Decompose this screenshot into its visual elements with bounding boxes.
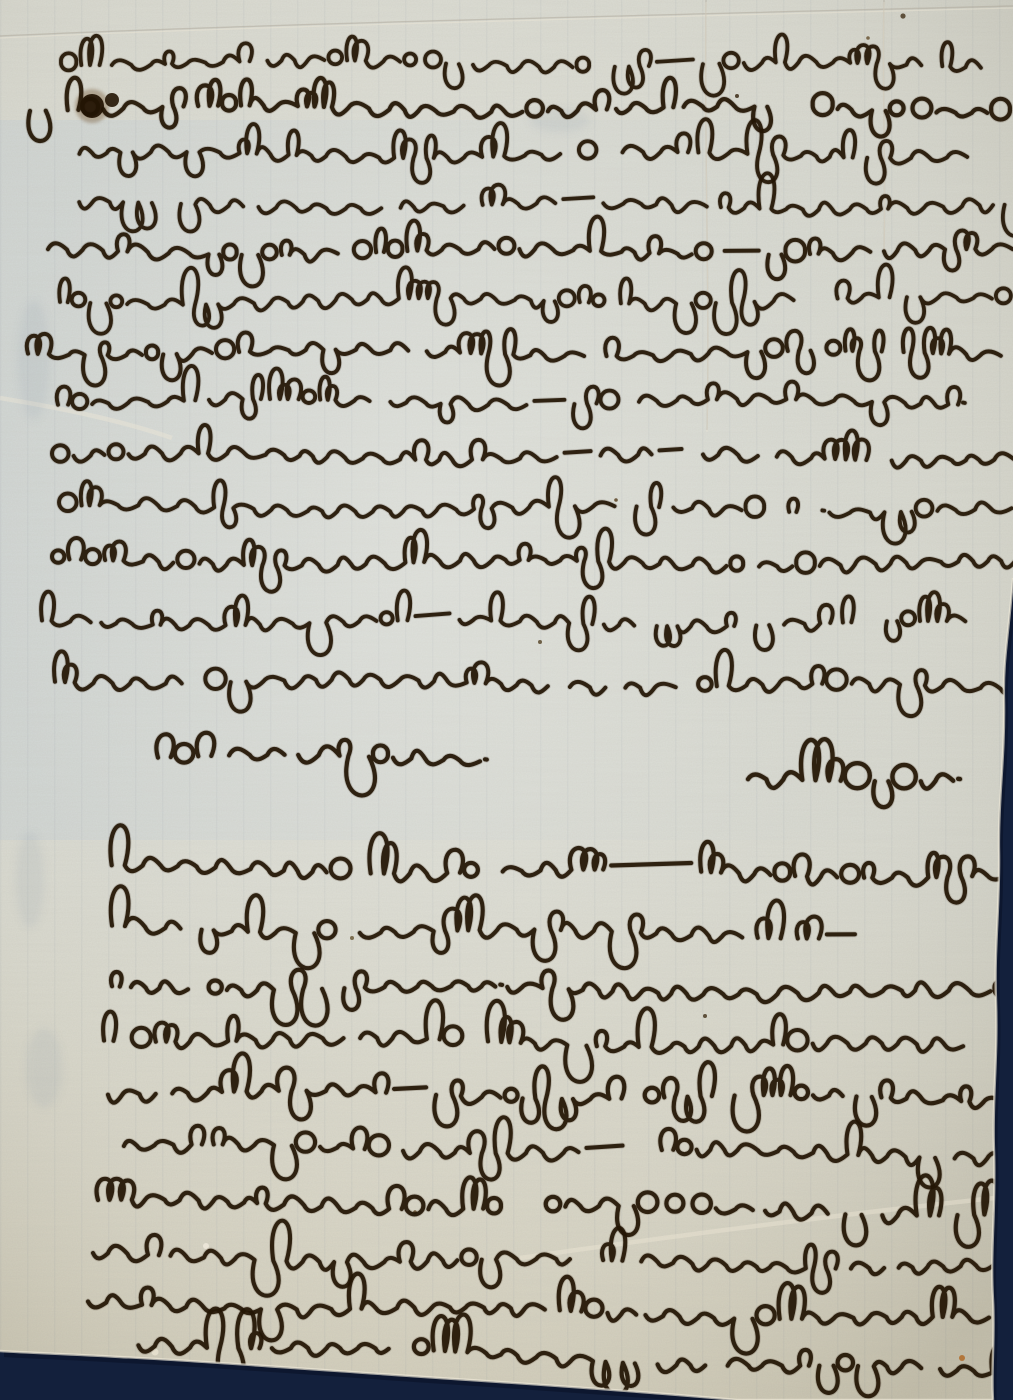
foxing-speck	[203, 1243, 209, 1249]
photo-canvas	[0, 0, 1013, 1400]
foxing-speck	[735, 94, 739, 98]
verso-ink-show-through	[18, 300, 50, 420]
foxing-speck	[900, 13, 905, 18]
ink-blot-satellite	[105, 93, 119, 107]
foxing-speck	[538, 640, 542, 644]
manuscript-photo	[0, 0, 1013, 1400]
foxing-speck	[866, 36, 870, 40]
foxing-speck	[614, 498, 618, 502]
foxing-speck	[703, 1014, 707, 1018]
foxing-speck	[350, 936, 354, 940]
verso-ink-show-through	[26, 1028, 62, 1108]
foxing-speck	[959, 1355, 965, 1361]
verso-ink-show-through	[16, 832, 44, 928]
